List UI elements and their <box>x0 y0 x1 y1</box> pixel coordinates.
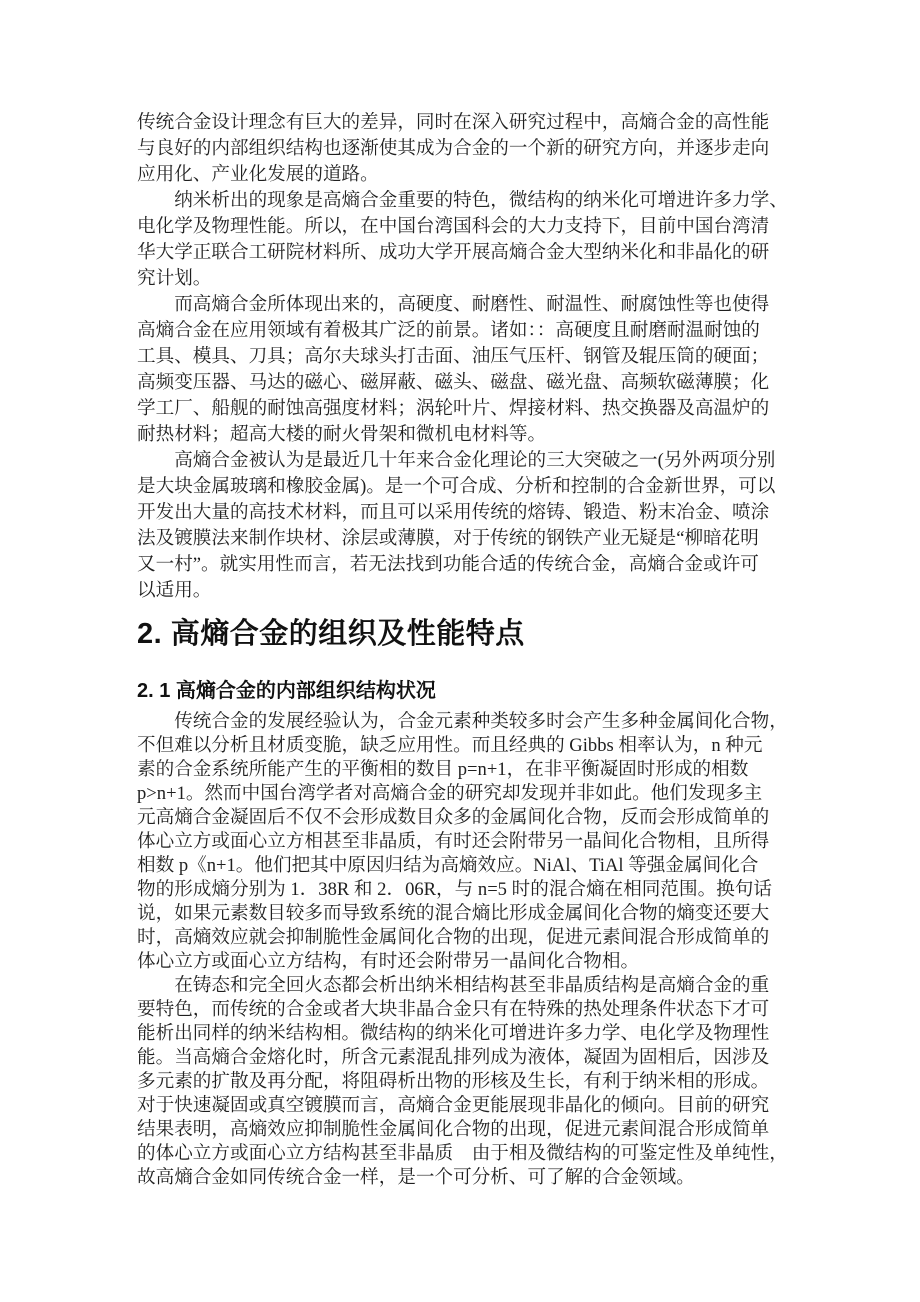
paragraph-traditional-view: 传统合金的发展经验认为，合金元素种类较多时会产生多种金属间化合物， 不但难以分析… <box>137 710 790 974</box>
paragraph-applications: 而高熵合金所体现出来的，高硬度、耐磨性、耐温性、耐腐蚀性等也使得 高熵合金在应用… <box>137 292 790 448</box>
paragraph-intro-continuation: 传统合金设计理念有巨大的差异，同时在深入研究过程中，高熵合金的高性能 与良好的内… <box>137 110 790 188</box>
paragraph-breakthrough: 高熵合金被认为是最近几十年来合金化理论的三大突破之一(另外两项分别 是大块金属玻… <box>137 448 790 604</box>
paragraph-nano-precipitation: 纳米析出的现象是高熵合金重要的特色，微结构的纳米化可增进许多力学、 电化学及物理… <box>137 188 790 292</box>
document-page: 传统合金设计理念有巨大的差异，同时在深入研究过程中，高熵合金的高性能 与良好的内… <box>0 0 920 1302</box>
section-heading: 2. 高熵合金的组织及性能特点 <box>137 616 790 652</box>
subsection-heading: 2. 1 高熵合金的内部组织结构状况 <box>137 678 790 704</box>
paragraph-cast-state: 在铸态和完全回火态都会析出纳米相结构甚至非晶质结构是高熵合金的重 要特色，而传统… <box>137 974 790 1190</box>
